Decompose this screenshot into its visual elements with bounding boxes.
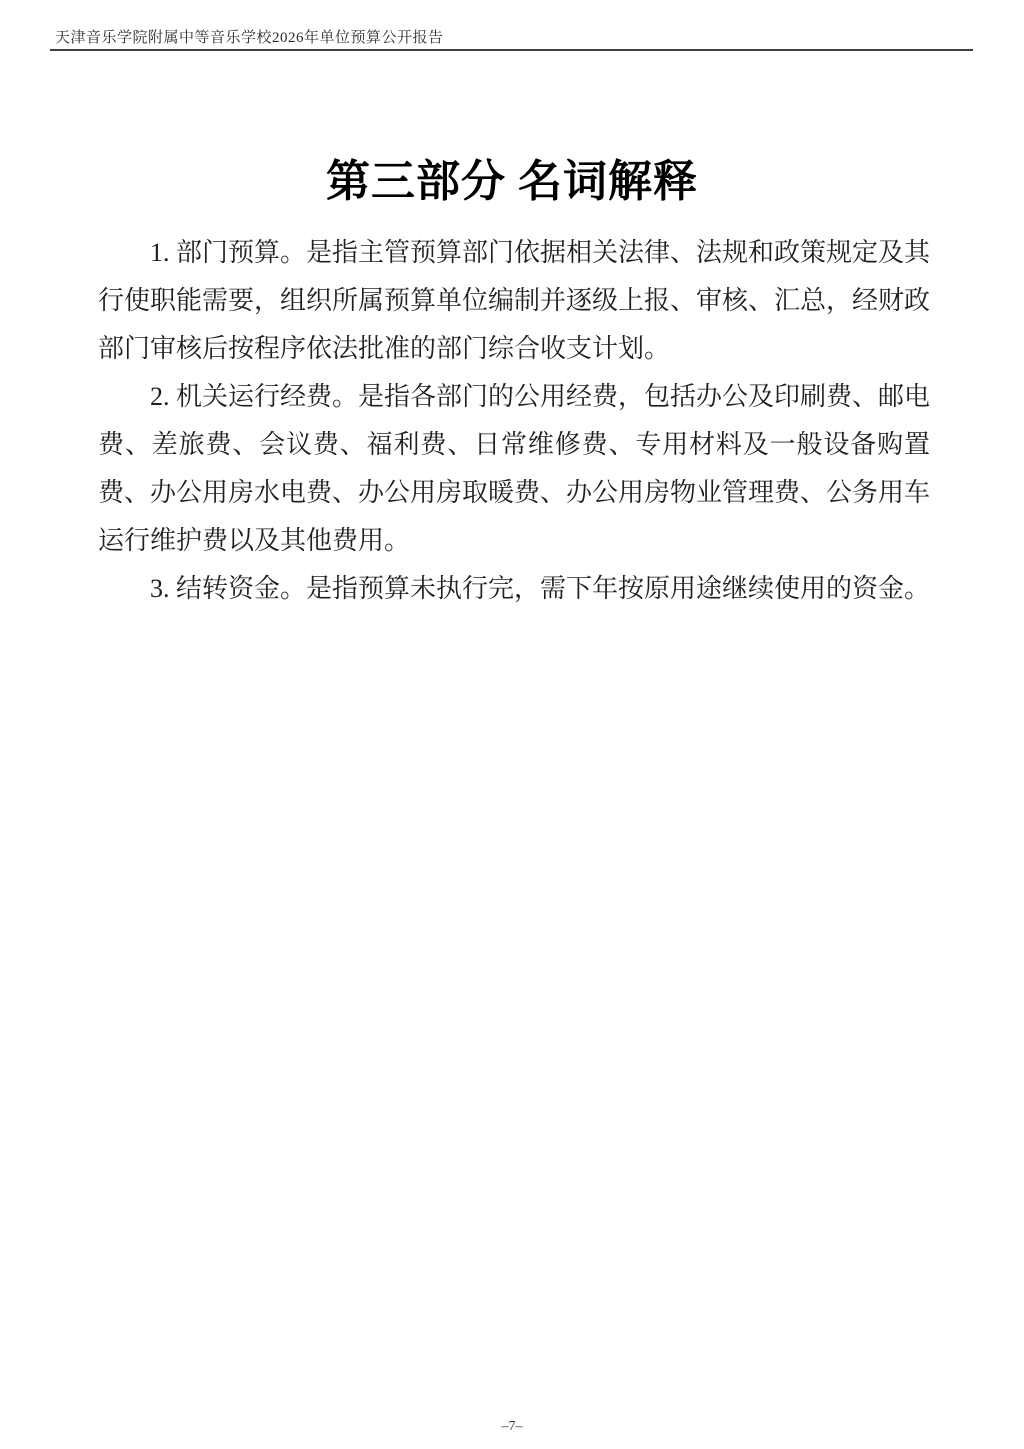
paragraph-definition-operating-expenses: 2. 机关运行经费。是指各部门的公用经费，包括办公及印刷费、邮电费、差旅费、会议… (98, 373, 930, 565)
paragraph-definition-carryover-funds: 3. 结转资金。是指预算未执行完，需下年按原用途继续使用的资金。 (98, 565, 930, 613)
section-title: 第三部分 名词解释 (0, 155, 1024, 209)
paragraph-definition-department-budget: 1. 部门预算。是指主管预算部门依据相关法律、法规和政策规定及其行使职能需要，组… (98, 229, 930, 373)
document-header: 天津音乐学院附属中等音乐学校2026年单位预算公开报告 (55, 26, 444, 47)
document-body: 1. 部门预算。是指主管预算部门依据相关法律、法规和政策规定及其行使职能需要，组… (98, 229, 930, 613)
header-divider (50, 49, 973, 51)
page-number: –7– (0, 1419, 1024, 1435)
document-page: 天津音乐学院附属中等音乐学校2026年单位预算公开报告 第三部分 名词解释 1.… (0, 0, 1024, 1449)
